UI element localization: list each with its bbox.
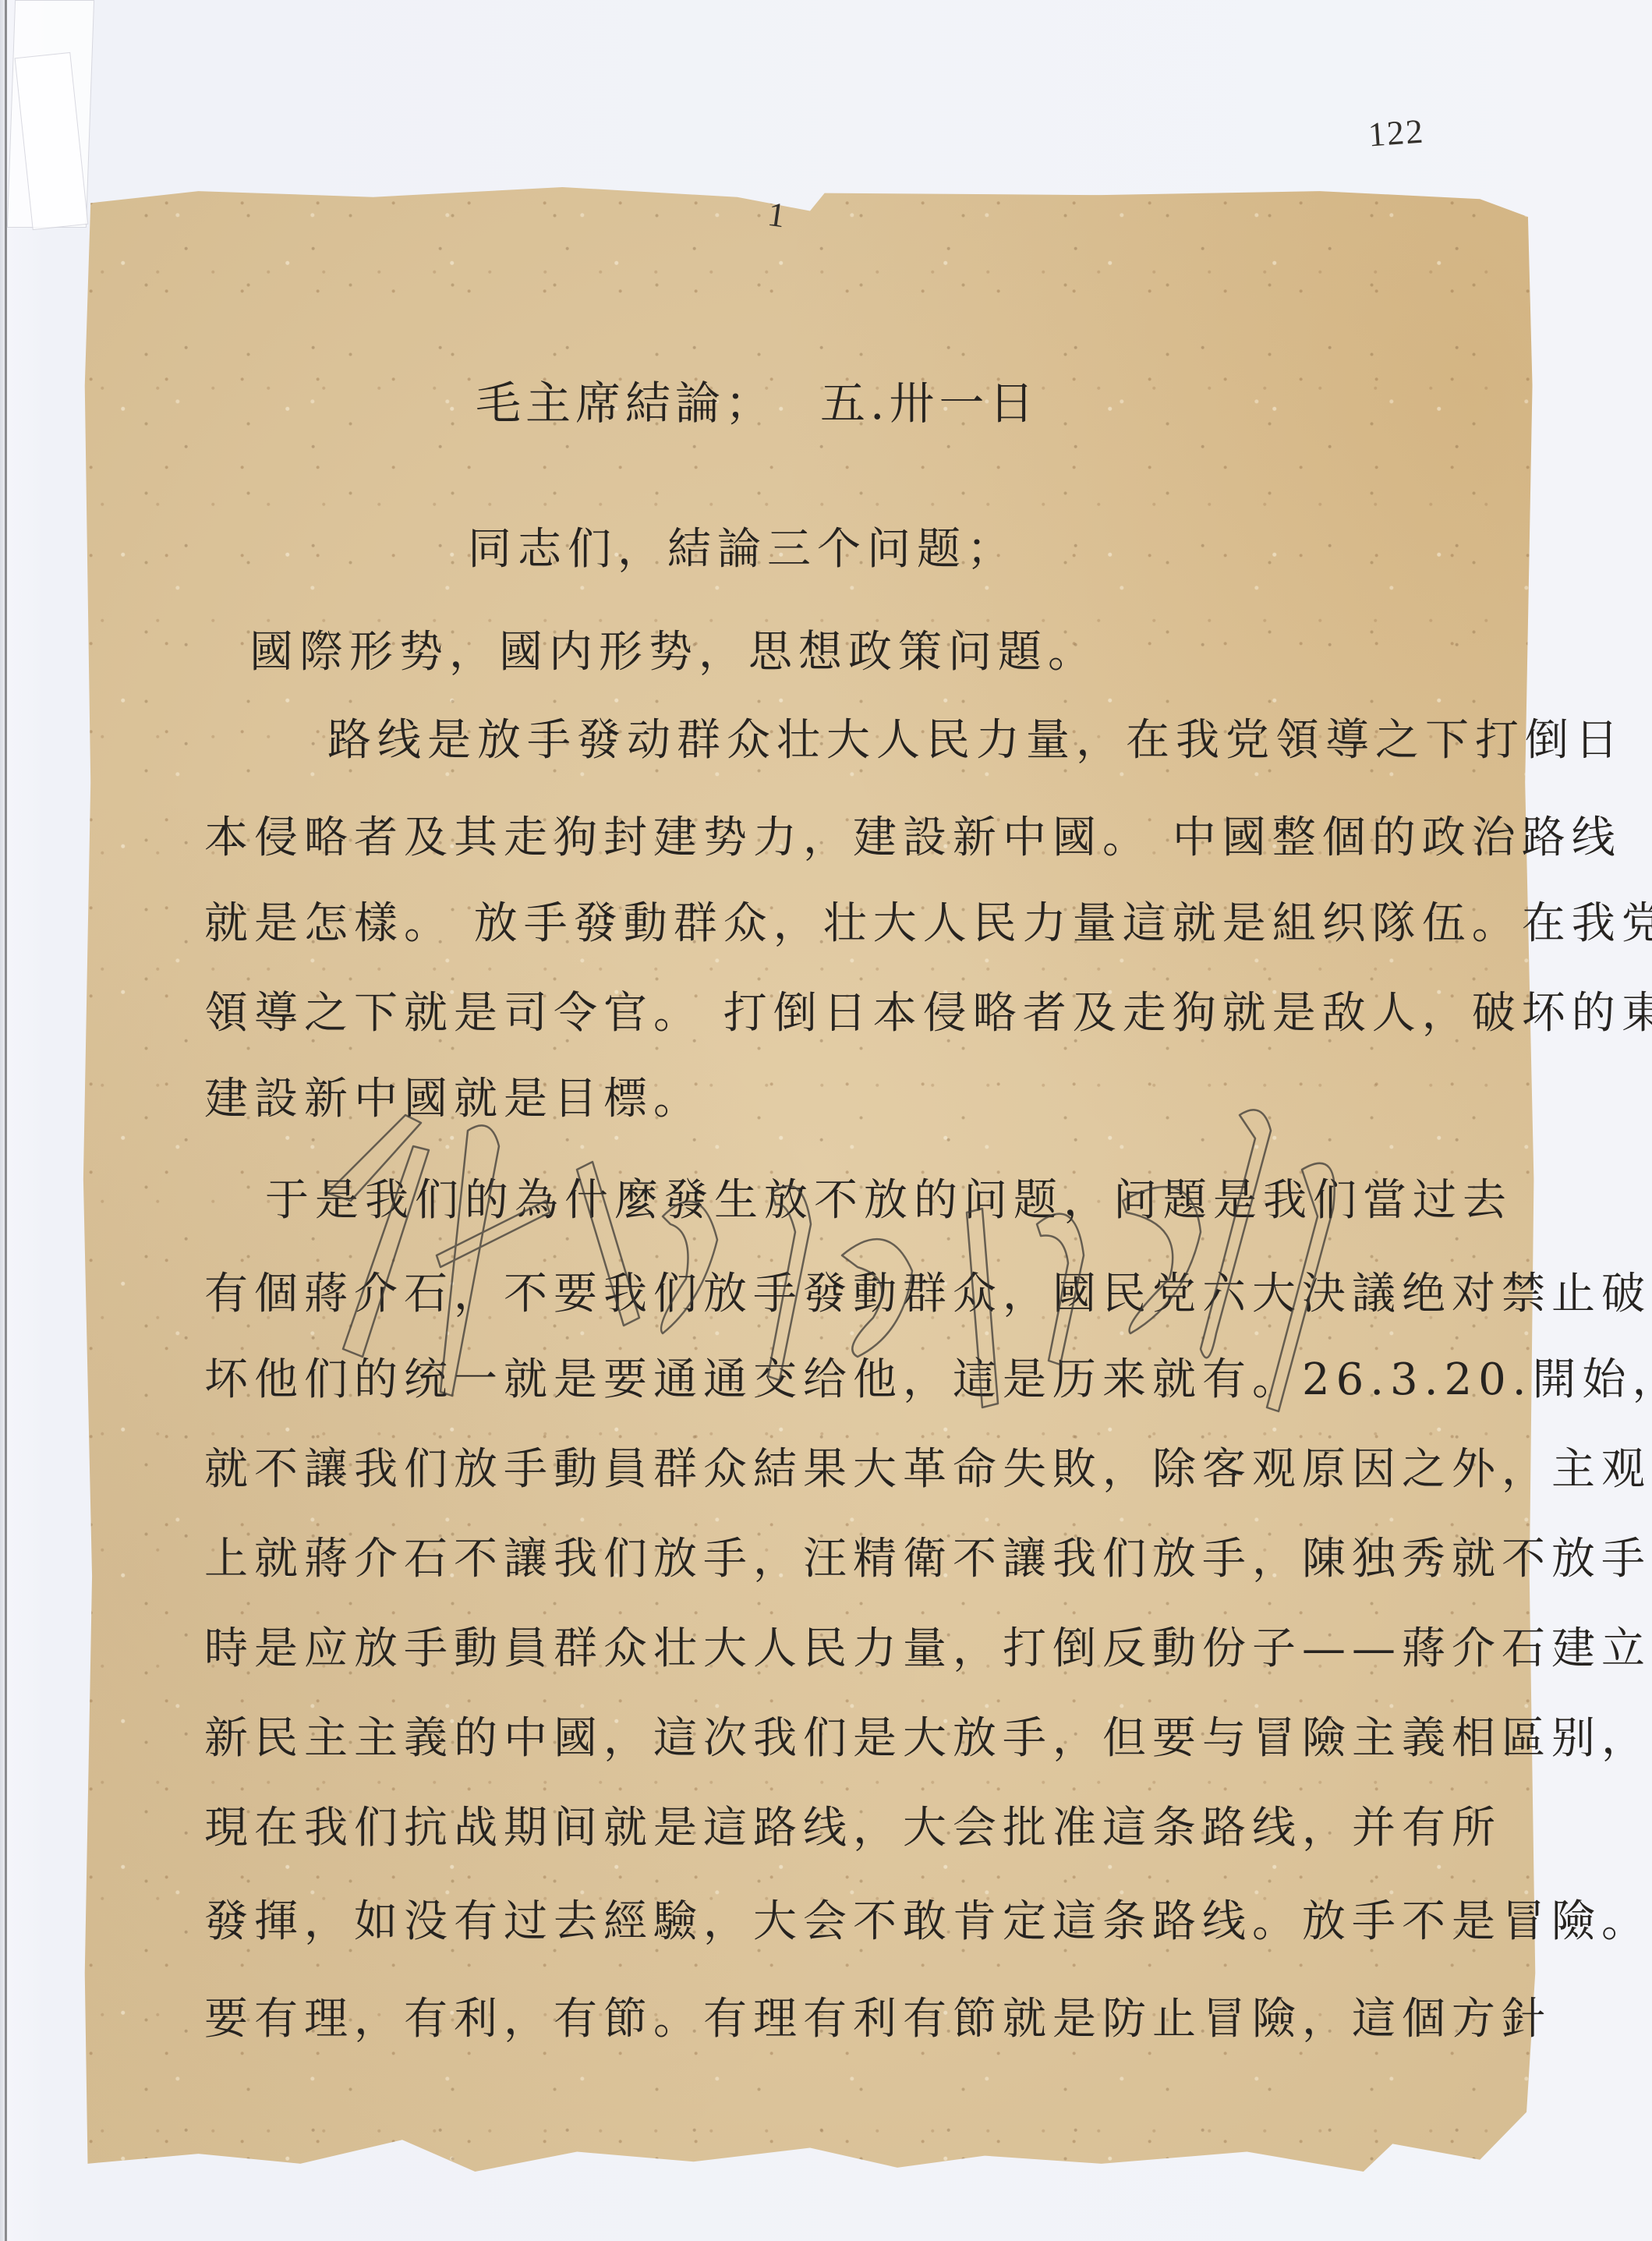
topics-line: 國際形势，國内形势，思想政策问題。 [249, 618, 1098, 680]
body-line: 發揮，如没有过去經驗，大会不敢肯定這条路线。放手不是冒險。 [204, 1887, 1651, 1949]
archive-page-number: 122 [1367, 112, 1425, 155]
body-line: 時是应放手動員群众壮大人民力量，打倒反動份子——蔣介石建立 [204, 1614, 1651, 1676]
body-line: 現在我们抗战期间就是這路线，大会批准這条路线，并有所 [204, 1793, 1502, 1856]
body-line: 領導之下就是司令官。 打倒日本侵略者及走狗就是敌人，破坏的東西。 [204, 979, 1652, 1041]
body-line: 路线是放手發动群众壮大人民力量，在我党領導之下打倒日 [327, 706, 1625, 768]
body-line: 建設新中國就是目標。 [204, 1064, 703, 1127]
body-line: 要有理，有利，有節。有理有利有節就是防止冒險，這個方針 [204, 1984, 1551, 2047]
body-line: 新民主主義的中國，這次我们是大放手，但要与冒險主義相區别， [204, 1704, 1651, 1766]
body-line: 有個蔣介石，不要我们放手發動群众，國民党六大決議绝对禁止破 [204, 1259, 1651, 1322]
body-line: 就是怎樣。 放手發動群众，壮大人民力量這就是組织隊伍。在我党的 [204, 889, 1652, 951]
document-title: 毛主席結論；五.卅一日 [476, 366, 1038, 432]
title-punct: ； [725, 377, 775, 430]
title-text: 毛主席結論 [476, 377, 725, 430]
body-line: 坏他们的统一就是要通通交给他，這是历来就有。26.3.20.開始， [204, 1345, 1652, 1407]
body-line: 上就蔣介石不讓我们放手，汪精衛不讓我们放手，陳独秀就不放手那 [204, 1524, 1652, 1587]
title-date: 五.卅一日 [820, 377, 1038, 430]
scan-edge-line [5, 0, 7, 2241]
intro-line: 同志们，結論三个问题； [468, 515, 1017, 577]
body-line: 于是我们的為什麼發生放不放的问题，问題是我们當过去 [265, 1166, 1512, 1228]
body-line: 就不讓我们放手動員群众結果大革命失敗，除客观原因之外，主观 [204, 1435, 1651, 1497]
body-line: 本侵略者及其走狗封建势力，建設新中國。 中國整個的政治路线 [204, 803, 1622, 866]
